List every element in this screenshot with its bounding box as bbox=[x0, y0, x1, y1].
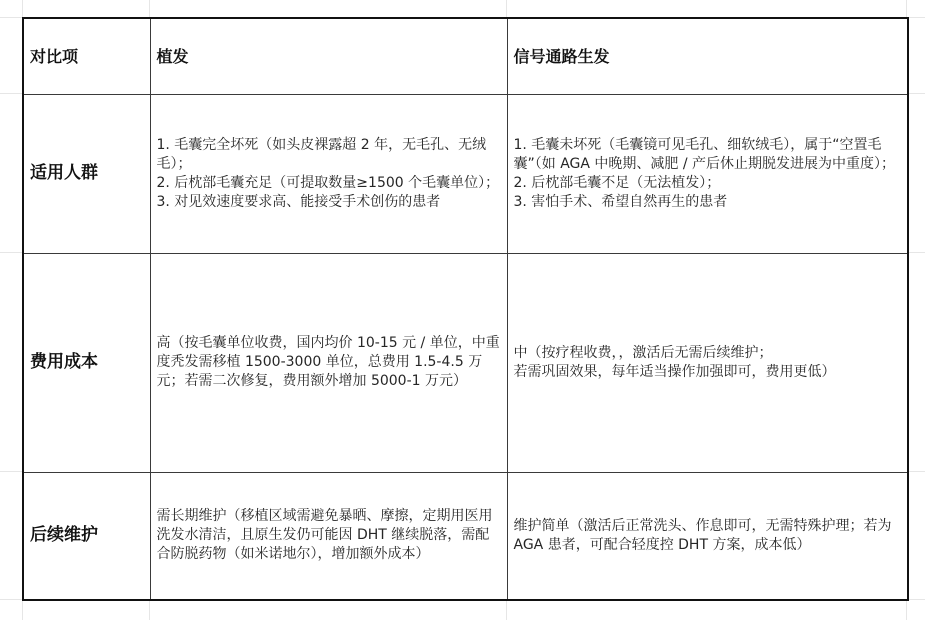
cell-hair-transplant[interactable]: 1. 毛囊完全坏死（如头皮裸露超 2 年，无毛孔、无绒毛）； 2. 后枕部毛囊充… bbox=[150, 94, 507, 253]
cell-signal-pathway[interactable]: 1. 毛囊未坏死（毛囊镜可见毛孔、细软绒毛），属于“空置毛囊”（如 AGA 中晚… bbox=[507, 94, 908, 253]
header-cell-signal-pathway[interactable]: 信号通路生发 bbox=[507, 18, 908, 94]
header-cell-hair-transplant[interactable]: 植发 bbox=[150, 18, 507, 94]
comparison-table: 对比项 植发 信号通路生发 适用人群 1. 毛囊完全坏死（如头皮裸露超 2 年，… bbox=[22, 17, 909, 601]
table-row: 适用人群 1. 毛囊完全坏死（如头皮裸露超 2 年，无毛孔、无绒毛）； 2. 后… bbox=[23, 94, 908, 253]
row-label-cost[interactable]: 费用成本 bbox=[23, 253, 150, 472]
row-label-maintenance[interactable]: 后续维护 bbox=[23, 472, 150, 600]
table-row: 费用成本 高（按毛囊单位收费，国内均价 10-15 元 / 单位，中重度秃发需移… bbox=[23, 253, 908, 472]
cell-hair-transplant[interactable]: 高（按毛囊单位收费，国内均价 10-15 元 / 单位，中重度秃发需移植 150… bbox=[150, 253, 507, 472]
row-label-applicable-population[interactable]: 适用人群 bbox=[23, 94, 150, 253]
cell-signal-pathway[interactable]: 维护简单（激活后正常洗头、作息即可，无需特殊护理；若为 AGA 患者，可配合轻度… bbox=[507, 472, 908, 600]
header-row: 对比项 植发 信号通路生发 bbox=[23, 18, 908, 94]
header-cell-item[interactable]: 对比项 bbox=[23, 18, 150, 94]
cell-hair-transplant[interactable]: 需长期维护（移植区域需避免暴晒、摩擦，定期用医用洗发水清洁，且原生发仍可能因 D… bbox=[150, 472, 507, 600]
table-row: 后续维护 需长期维护（移植区域需避免暴晒、摩擦，定期用医用洗发水清洁，且原生发仍… bbox=[23, 472, 908, 600]
cell-signal-pathway[interactable]: 中（按疗程收费，，激活后无需后续维护； 若需巩固效果，每年适当操作加强即可，费用… bbox=[507, 253, 908, 472]
